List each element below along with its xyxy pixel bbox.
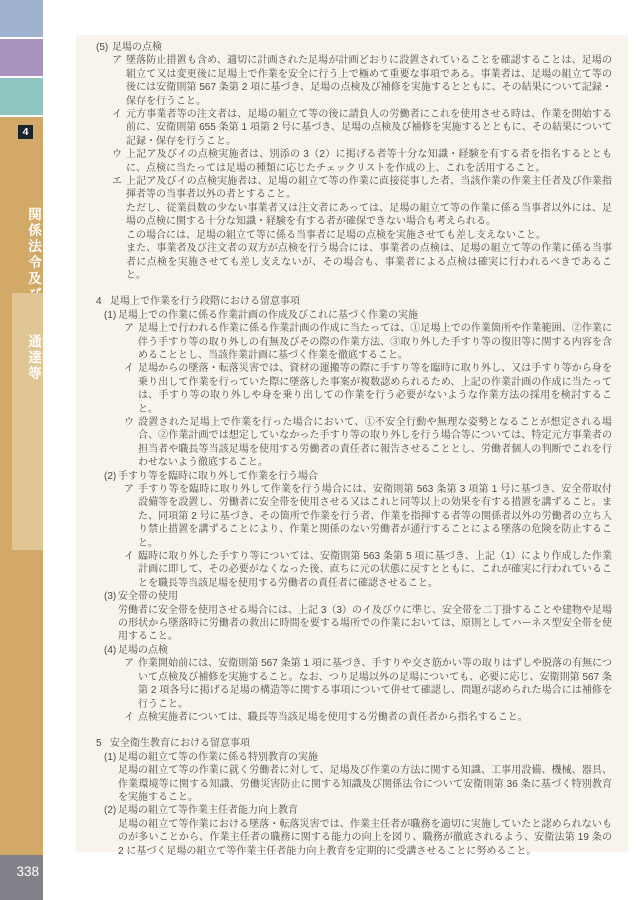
section-4-heading: 4 足場上で作業を行う段階における留意事項 <box>96 295 612 308</box>
clause-3-5-c: ウ 上記ア及びイの点検実施者は、別添の 3（2）に掲げる者等十分な知識・経験を有… <box>96 148 612 175</box>
subsection-title: 足場の組立て等作業主任者能力向上教育 <box>118 805 298 816</box>
clause-marker: イ <box>124 550 134 563</box>
section-3-5-title: 足場の点検 <box>112 42 162 53</box>
clause-text: 元方事業者等の注文者は、足場の組立て等の後に請負人の労働者にこれを使用させる時は… <box>126 109 612 147</box>
subsection-5-1-body: 足場の組立て等の作業に就く労働者に対して、足場及び作業の方法に関する知識、工事用… <box>96 764 612 804</box>
section-3-5-heading: (5) 足場の点検 <box>96 41 612 54</box>
clause-marker: ウ <box>112 148 122 161</box>
clause-marker: ア <box>124 483 134 496</box>
subsection-tab: 通達等 <box>12 293 43 550</box>
section-3-5-label: (5) <box>96 41 108 54</box>
chapter-tab-3 <box>0 78 43 115</box>
clause-marker: エ <box>112 175 122 188</box>
clause-text: 点検実施者については、職長等当該足場を使用する労働者の責任者から指名すること。 <box>138 712 528 723</box>
clause-text: 手すり等を臨時に取り外して作業を行う場合には、安衛則第 563 条第 3 項第 … <box>138 484 612 549</box>
clause-marker: イ <box>124 362 134 375</box>
subsection-number: (1) <box>104 309 116 322</box>
clause-3-5-d-note-3: また、事業者及び注文者の双方が点検を行う場合には、事業者の点検は、足場の組立て等… <box>96 242 612 282</box>
clause-3-5-d-note-2: この場合には、足場の組立て等に係る当事者に足場の点検を実施させても差し支えないこ… <box>96 229 612 242</box>
subsection-title: 安全帯の使用 <box>118 591 178 602</box>
document-page: (5) 足場の点検 ア 墜落防止措置も含め、適切に計画された足場が計画どおりに設… <box>76 35 628 852</box>
section-title: 足場上で作業を行う段階における留意事項 <box>110 296 300 307</box>
subsection-title: 手すり等を臨時に取り外して作業を行う場合 <box>118 471 318 482</box>
subsection-title: 足場の組立て等の作業に係る特別教育の実施 <box>118 752 318 763</box>
section-number: 5 <box>96 737 102 750</box>
subsection-5-1-heading: (1) 足場の組立て等の作業に係る特別教育の実施 <box>96 751 612 764</box>
clause-text: 設置された足場上で作業を行った場合において、①不安全行動や無理な姿勢となることが… <box>138 417 612 468</box>
subsection-tab-label: 通達等 <box>12 298 43 418</box>
subsection-5-2-heading: (2) 足場の組立て等作業主任者能力向上教育 <box>96 804 612 817</box>
subsection-4-4-heading: (4) 足場の点検 <box>96 644 612 657</box>
subsection-4-3-body: 労働者に安全帯を使用させる場合には、上記 3（3）のイ及びウに準じ、安全帯を二丁… <box>96 604 612 644</box>
clause-4-2-a: ア 手すり等を臨時に取り外して作業を行う場合には、安衛則第 563 条第 3 項… <box>96 483 612 550</box>
subsection-number: (2) <box>104 470 116 483</box>
clause-3-5-d-note-1: ただし、従業員数の少ない事業者又は注文者にあっては、足場の組立て等の作業に係る当… <box>96 202 612 229</box>
page-number-footer: 338 <box>0 855 43 900</box>
subsection-4-3-heading: (3) 安全帯の使用 <box>96 590 612 603</box>
clause-text: 墜落防止措置も含め、適切に計画された足場が計画どおりに設置されていることを確認す… <box>126 55 612 106</box>
clause-text: 臨時に取り外した手すり等については、安衛則第 563 条第 5 項に基づき、上記… <box>138 551 612 589</box>
clause-text: 作業開始前には、安衛則第 567 条第 1 項に基づき、手すりや交さ筋かい等の取… <box>138 658 612 709</box>
section-number: 4 <box>96 295 102 308</box>
chapter-number-badge: 4 <box>18 125 33 139</box>
page-number: 338 <box>16 864 39 879</box>
clause-marker: ア <box>124 657 134 670</box>
subsection-number: (2) <box>104 804 116 817</box>
subsection-4-2-heading: (2) 手すり等を臨時に取り外して作業を行う場合 <box>96 470 612 483</box>
subsection-title: 足場上での作業に係る作業計画の作成及びこれに基づく作業の実施 <box>118 310 418 321</box>
subsection-5-2-body: 足場の組立て等作業における墜落・転落災害では、作業主任者が職務を適切に実施してい… <box>96 818 612 858</box>
clause-4-1-a: ア 足場上で行われる作業に係る作業計画の作成に当たっては、①足場上での作業箇所や… <box>96 322 612 362</box>
clause-marker: ウ <box>124 416 134 429</box>
document-body: (5) 足場の点検 ア 墜落防止措置も含め、適切に計画された足場が計画どおりに設… <box>96 41 612 858</box>
clause-text: 上記ア及びイの点検実施者は、足場の組立て等の作業に直接従事した者、当該作業の作業… <box>126 176 612 200</box>
subsection-number: (4) <box>104 644 116 657</box>
clause-4-4-b: イ 点検実施者については、職長等当該足場を使用する労働者の責任者から指名すること… <box>96 711 612 724</box>
subsection-title: 足場の点検 <box>118 645 168 656</box>
subsection-4-1-heading: (1) 足場上での作業に係る作業計画の作成及びこれに基づく作業の実施 <box>96 309 612 322</box>
clause-4-4-a: ア 作業開始前には、安衛則第 567 条第 1 項に基づき、手すりや交さ筋かい等… <box>96 657 612 711</box>
section-title: 安全衛生教育における留意事項 <box>110 738 250 749</box>
clause-4-1-b: イ 足場からの墜落・転落災害では、資材の運搬等の際に手すり等を臨時に取り外し、又… <box>96 362 612 416</box>
clause-4-2-b: イ 臨時に取り外した手すり等については、安衛則第 563 条第 5 項に基づき、… <box>96 550 612 590</box>
chapter-tab-2 <box>0 39 43 76</box>
subsection-number: (3) <box>104 590 116 603</box>
clause-4-1-c: ウ 設置された足場上で作業を行った場合において、①不安全行動や無理な姿勢となるこ… <box>96 416 612 470</box>
subsection-number: (1) <box>104 751 116 764</box>
clause-text: 足場上で行われる作業に係る作業計画の作成に当たっては、①足場上での作業箇所や作業… <box>138 323 612 361</box>
clause-marker: イ <box>112 108 122 121</box>
clause-marker: ア <box>112 54 122 67</box>
clause-3-5-b: イ 元方事業者等の注文者は、足場の組立て等の後に請負人の労働者にこれを使用させる… <box>96 108 612 148</box>
chapter-tab-1 <box>0 0 43 37</box>
clause-marker: イ <box>124 711 134 724</box>
sidebar: 4 関係法令及び通達等 通達等 338 <box>0 0 43 900</box>
clause-text: 上記ア及びイの点検実施者は、別添の 3（2）に掲げる者等十分な知識・経験を有する… <box>126 149 612 173</box>
clause-3-5-a: ア 墜落防止措置も含め、適切に計画された足場が計画どおりに設置されていることを確… <box>96 54 612 108</box>
clause-3-5-d: エ 上記ア及びイの点検実施者は、足場の組立て等の作業に直接従事した者、当該作業の… <box>96 175 612 202</box>
chapter-tab-current: 4 関係法令及び通達等 通達等 <box>0 117 43 855</box>
clause-text: 足場からの墜落・転落災害では、資材の運搬等の際に手すり等を臨時に取り外し、又は手… <box>138 363 612 414</box>
section-5-heading: 5 安全衛生教育における留意事項 <box>96 737 612 750</box>
clause-marker: ア <box>124 322 134 335</box>
